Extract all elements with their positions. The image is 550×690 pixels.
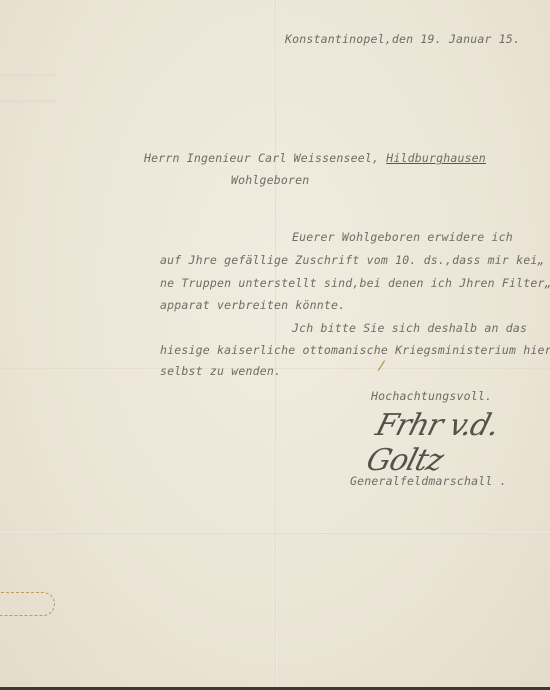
horizontal-fold [0, 532, 550, 534]
body-line: selbst zu wenden. [160, 364, 281, 378]
addressee-line-2: Wohlgeboren [231, 173, 309, 187]
addressee-name: Herrn Ingenieur Carl Weissenseel, [144, 151, 386, 165]
closing: Hochachtungsvoll. [371, 389, 492, 403]
stain-outline [0, 592, 55, 616]
body-line: ne Truppen unterstellt sind,bei denen ic… [160, 276, 550, 290]
body-line: auf Jhre gefällige Zuschrift vom 10. ds.… [160, 253, 545, 267]
signature: Frhr v.d. Goltz [363, 408, 550, 478]
pencil-mark: / [377, 358, 386, 375]
letter-page: Konstantinopel,den 19. Januar 15. Herrn … [0, 0, 550, 687]
addressee-line-1: Herrn Ingenieur Carl Weissenseel, Hildbu… [144, 151, 486, 165]
body-line: apparat verbreiten könnte. [160, 298, 345, 312]
body-line: Jch bitte Sie sich deshalb an das [292, 321, 527, 335]
body-line: hiesige kaiserliche ottomanische Kriegsm… [160, 343, 550, 357]
signatory-title: Generalfeldmarschall . [350, 474, 507, 488]
addressee-place: Hildburghausen [386, 151, 486, 165]
body-line: Euerer Wohlgeboren erwidere ich [292, 230, 513, 244]
left-edge-crease [0, 100, 55, 103]
dateline: Konstantinopel,den 19. Januar 15. [285, 32, 520, 46]
left-edge-crease [0, 74, 55, 77]
